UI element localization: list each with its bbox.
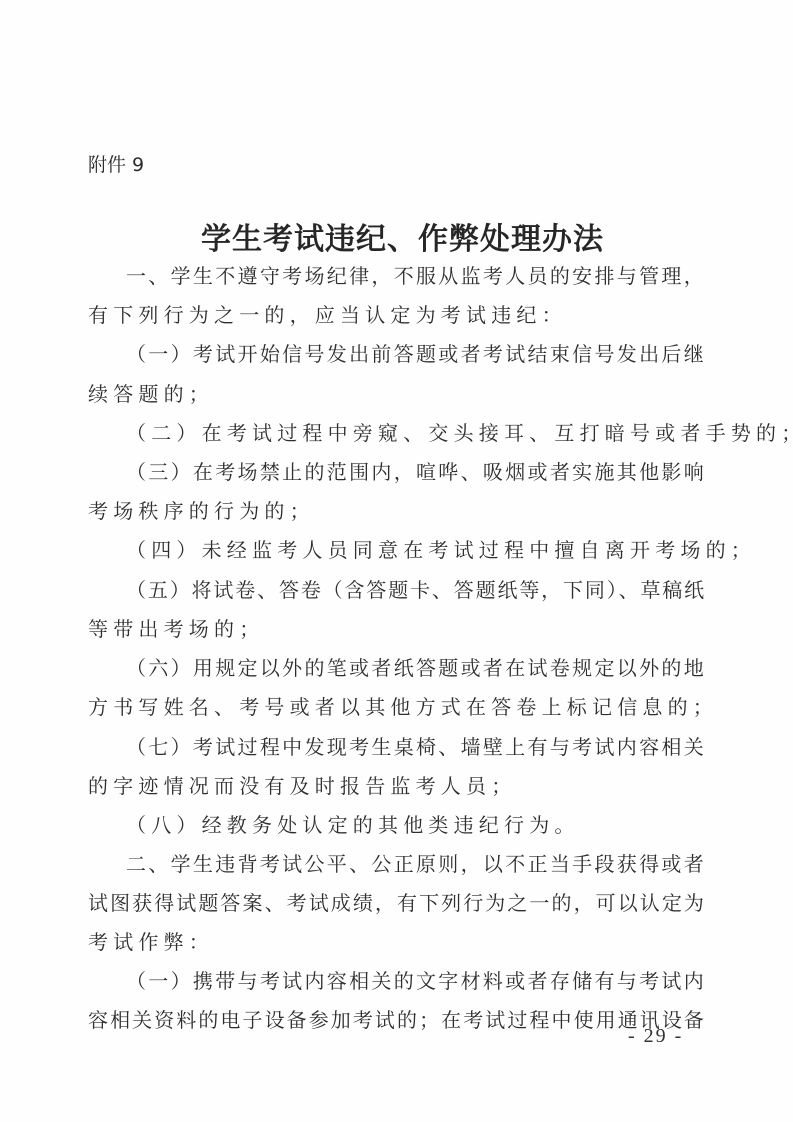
paragraph-line: （七）考试过程中发现考生桌椅、墙壁上有与考试内容相关 <box>126 734 706 760</box>
paragraph-line: 考场秩序的行为的； <box>88 498 315 524</box>
paragraph-line: 方书写姓名、考号或者以其他方式在答卷上标记信息的； <box>88 694 718 720</box>
attachment-label: 附件 9 <box>88 150 144 177</box>
paragraph-line: 续答题的； <box>88 381 214 407</box>
paragraph-line: （八）经教务处认定的其他类违纪行为。 <box>126 812 580 838</box>
paragraph-line: 二、学生违背考试公平、公正原则，以不正当手段获得或者 <box>126 851 706 877</box>
paragraph-line: 有下列行为之一的，应当认定为考试违纪： <box>88 302 567 328</box>
paragraph-line: 考试作弊： <box>88 929 214 955</box>
paragraph-line: （三）在考场禁止的范围内，喧哗、吸烟或者实施其他影响 <box>126 459 706 485</box>
document-title: 学生考试违纪、作弊处理办法 <box>0 214 793 258</box>
document-page: 附件 9 学生考试违纪、作弊处理办法 一、学生不遵守考场纪律，不服从监考人员的安… <box>0 0 793 1122</box>
page-number: - 29 - <box>628 1025 683 1048</box>
paragraph-line: 的字迹情况而没有及时报告监考人员； <box>88 773 516 799</box>
paragraph-line: 容相关资料的电子设备参加考试的；在考试过程中使用通讯设备 <box>88 1007 706 1033</box>
paragraph-line: （一）携带与考试内容相关的文字材料或者存储有与考试内 <box>126 968 706 994</box>
paragraph-line: （五）将试卷、答卷（含答题卡、答题纸等，下同）、草稿纸 <box>126 577 706 603</box>
paragraph-line: （四）未经监考人员同意在考试过程中擅自离开考场的； <box>126 537 756 563</box>
paragraph-line: （一）考试开始信号发出前答题或者考试结束信号发出后继 <box>126 341 706 367</box>
paragraph-line: 试图获得试题答案、考试成绩，有下列行为之一的，可以认定为 <box>88 890 706 916</box>
paragraph-line: （六）用规定以外的笔或者纸答题或者在试卷规定以外的地 <box>126 655 706 681</box>
paragraph-line: （二）在考试过程中旁窥、交头接耳、互打暗号或者手势的； <box>126 420 793 446</box>
paragraph-line: 一、学生不遵守考场纪律，不服从监考人员的安排与管理， <box>126 263 706 289</box>
paragraph-line: 等带出考场的； <box>88 616 264 642</box>
